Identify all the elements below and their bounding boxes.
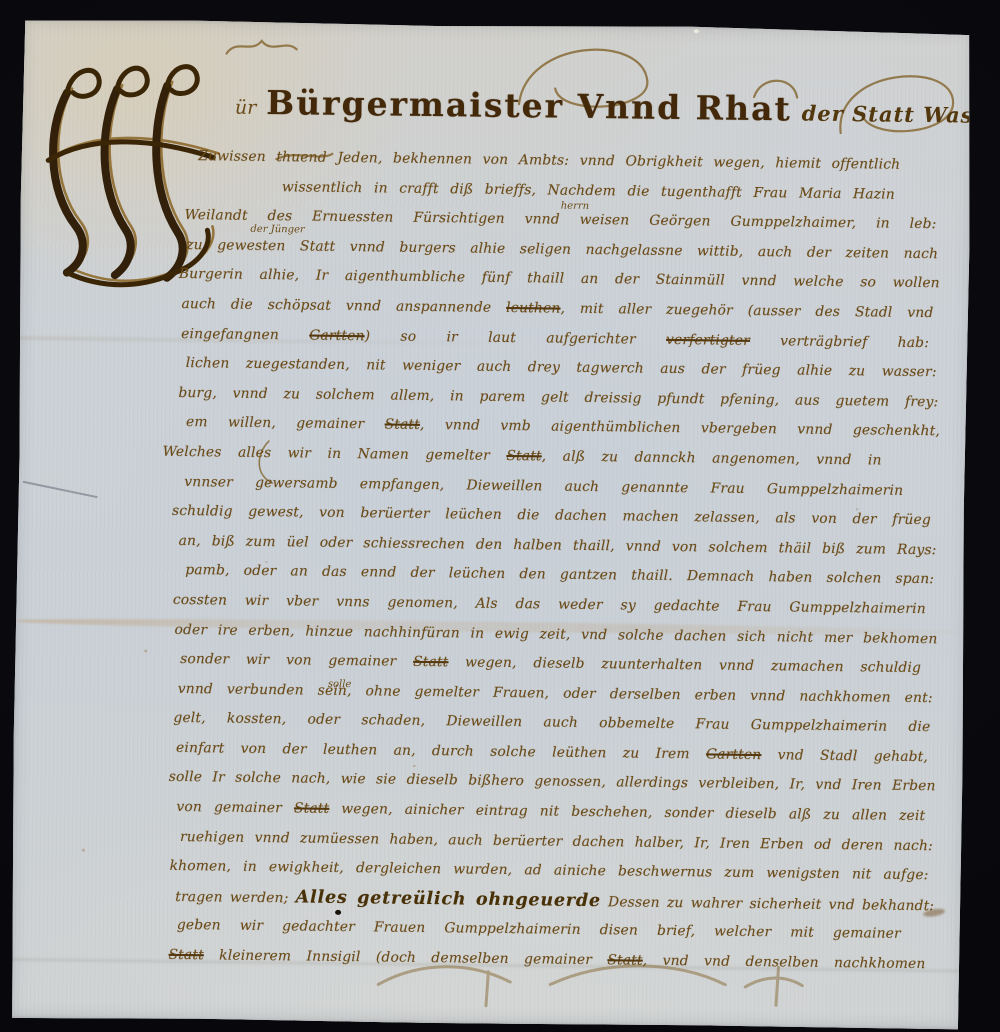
interlinear-insertion: solle [328, 679, 352, 690]
interlinear-insertion: herrn [561, 201, 589, 212]
heading-title-large: Bürgermaister Vnnd Rhat [266, 83, 792, 128]
interlinear-insertion: der Jünger [250, 224, 304, 236]
heading-opening-letters: ür [235, 97, 257, 119]
manuscript-paper: ür Bürgermaister Vnnd Rhat der Statt Was… [10, 18, 974, 997]
charter-body-text: Zuwissen thuend Jeden, bekhennen von Amb… [153, 142, 945, 980]
